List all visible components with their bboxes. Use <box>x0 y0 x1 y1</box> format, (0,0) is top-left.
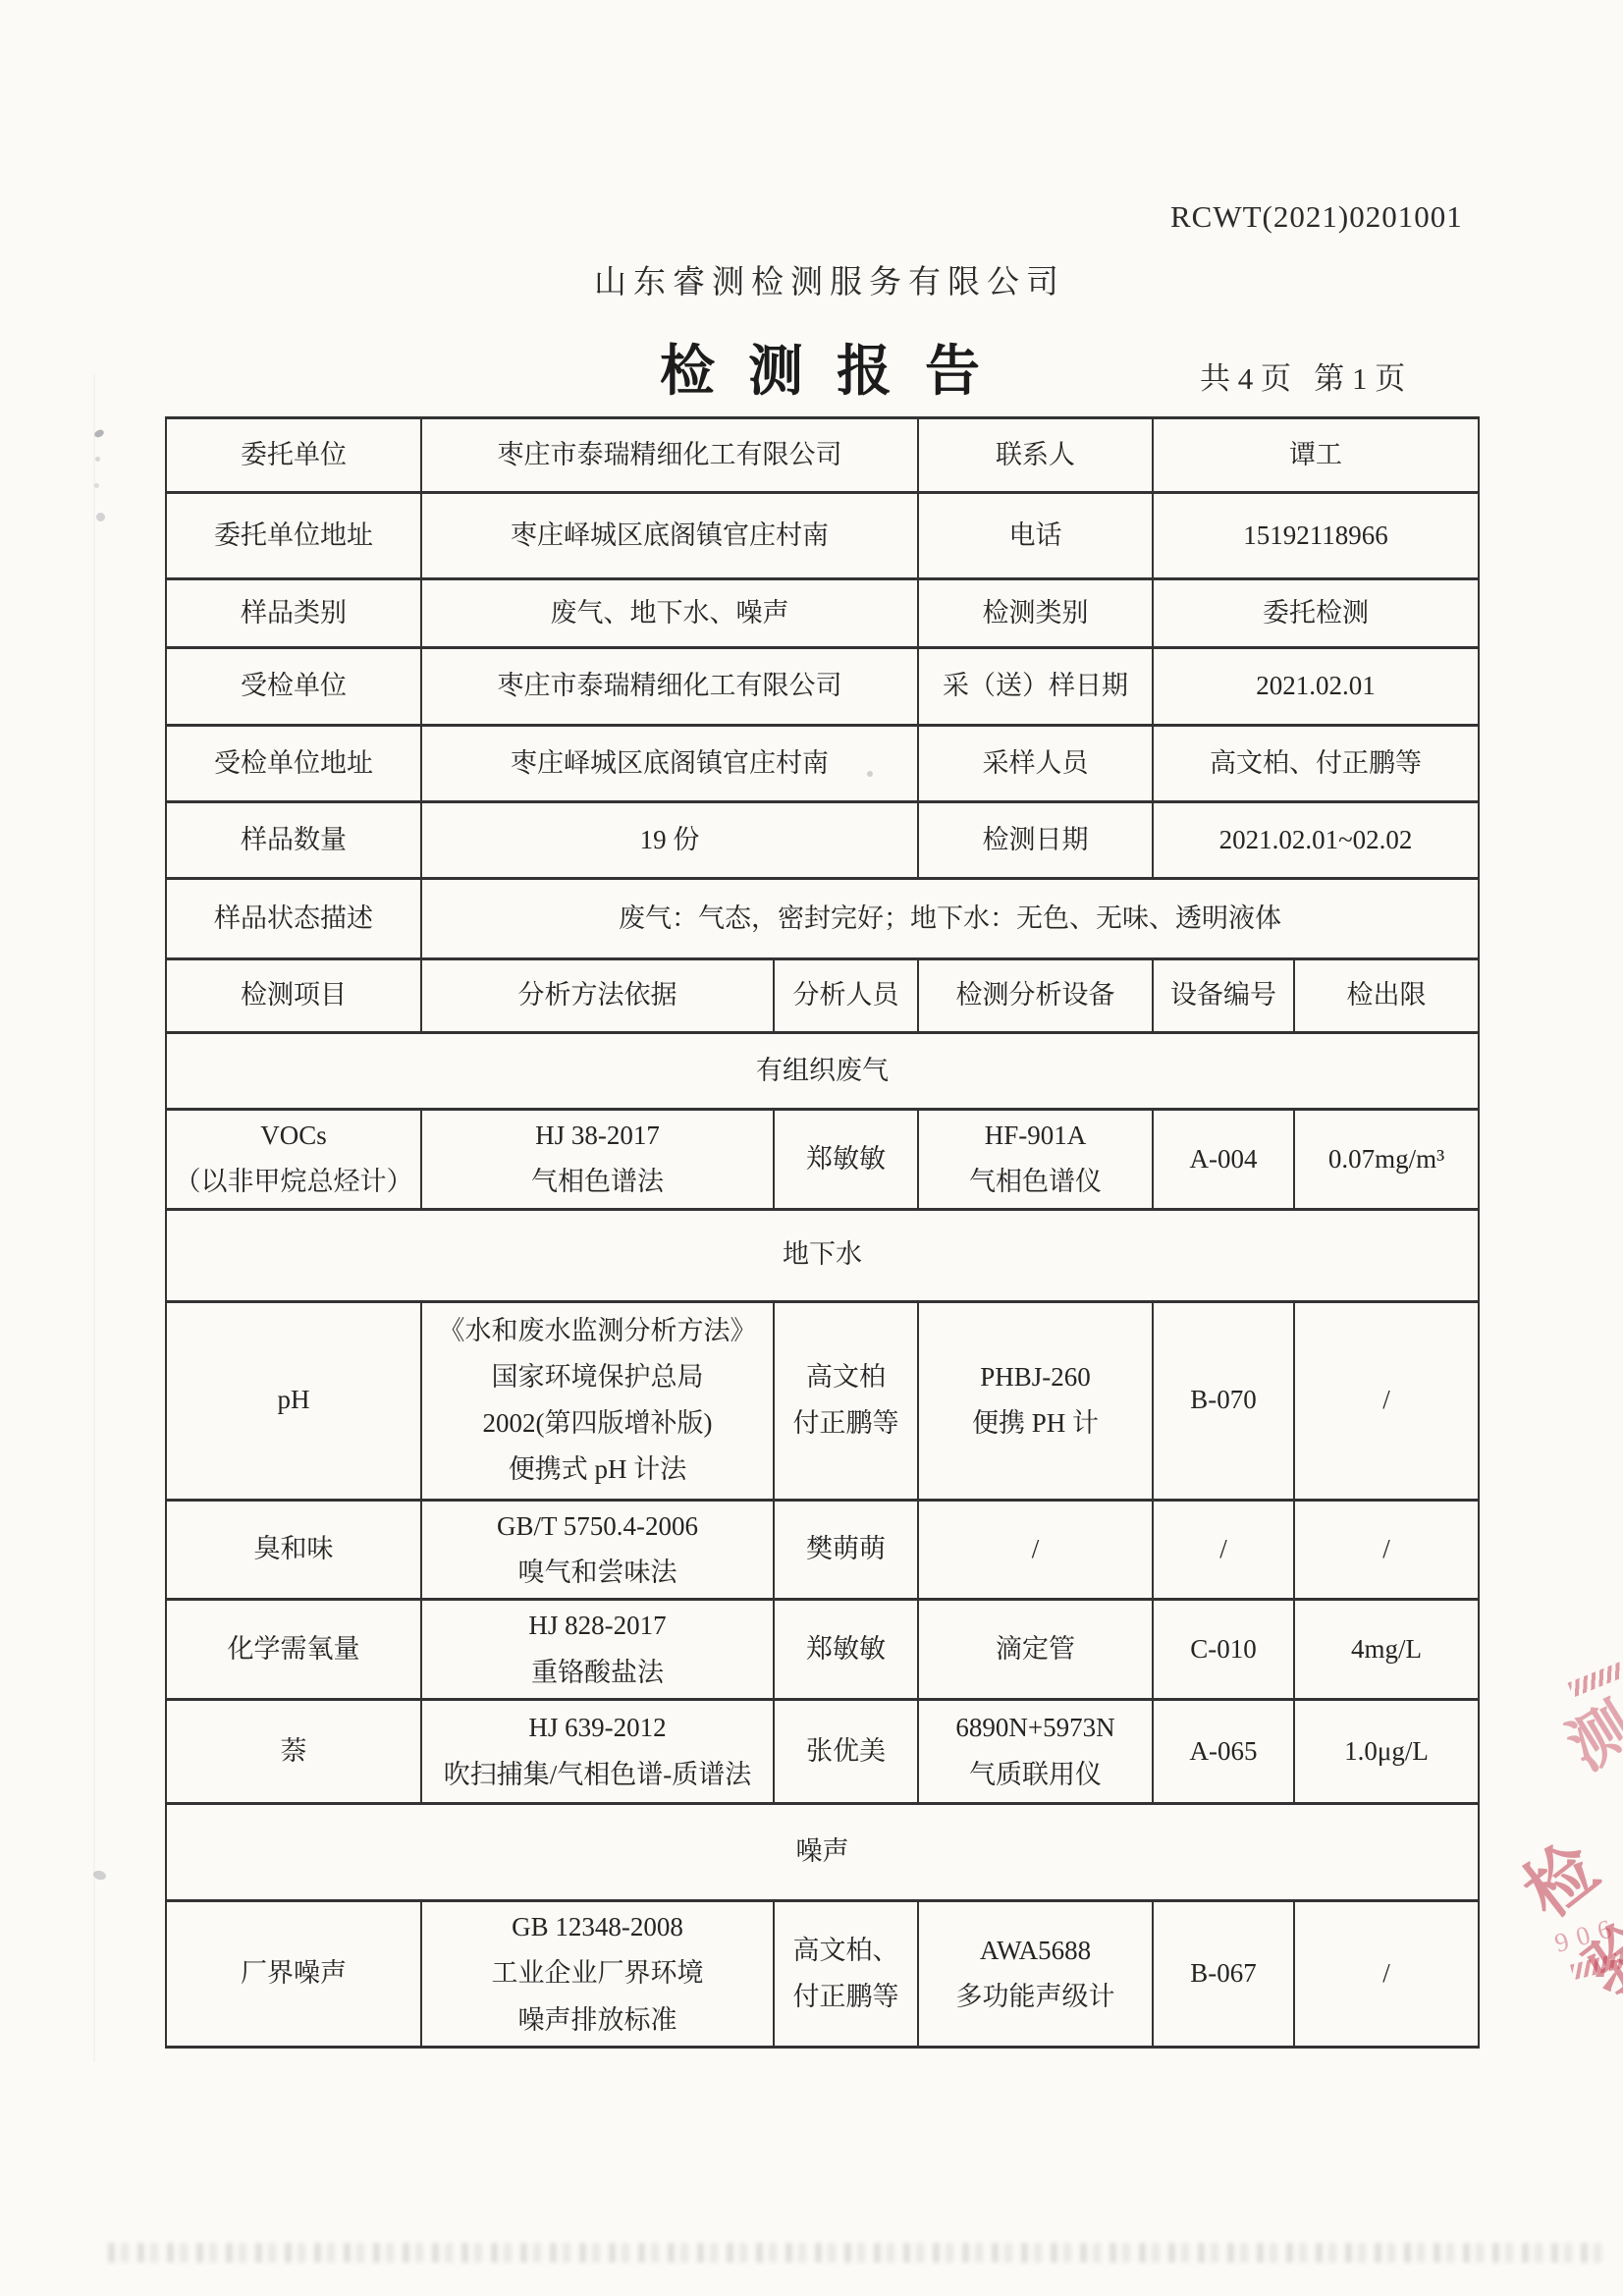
item-name: pH <box>166 1301 421 1500</box>
item-name: 化学需氧量 <box>166 1600 421 1700</box>
field-value: 2021.02.01~02.02 <box>1153 802 1479 879</box>
scan-fold-line <box>93 373 95 2062</box>
analyst: 高文柏 付正鹏等 <box>774 1301 918 1500</box>
analyst: 高文柏、 付正鹏等 <box>774 1901 918 2048</box>
section-row: 有组织废气 <box>166 1033 1479 1110</box>
section-title: 有组织废气 <box>166 1033 1479 1110</box>
table-row: 委托单位地址 枣庄峄城区底阁镇官庄村南 电话 15192118966 <box>166 493 1479 579</box>
column-header: 分析方法依据 <box>421 959 774 1033</box>
scanned-report-page: RCWT(2021)0201001 山东睿测检测服务有限公司 检测报告 共 4 … <box>0 0 1623 2296</box>
table-row: 受检单位 枣庄市泰瑞精细化工有限公司 采（送）样日期 2021.02.01 <box>166 648 1479 726</box>
field-value: 废气：气态，密封完好；地下水：无色、无味、透明液体 <box>421 879 1479 959</box>
field-label: 样品数量 <box>166 802 421 879</box>
device-number: C-010 <box>1153 1600 1294 1700</box>
field-label: 联系人 <box>918 418 1153 493</box>
table-row: 样品类别 废气、地下水、噪声 检测类别 委托检测 <box>166 579 1479 648</box>
report-number: RCWT(2021)0201001 <box>1170 199 1463 235</box>
detection-limit: 0.07mg/m³ <box>1294 1110 1479 1210</box>
field-label: 样品类别 <box>166 579 421 648</box>
method: GB 12348-2008 工业企业厂界环境 噪声排放标准 <box>421 1901 774 2048</box>
table-row: 萘 HJ 639-2012 吹扫捕集/气相色谱-质谱法 张优美 6890N+59… <box>166 1700 1479 1804</box>
scan-speck <box>96 513 105 521</box>
field-value: 高文柏、付正鹏等 <box>1153 726 1479 802</box>
device-number: / <box>1153 1500 1294 1600</box>
equipment: 滴定管 <box>918 1600 1153 1700</box>
field-value: 枣庄峄城区底阁镇官庄村南 <box>421 726 918 802</box>
field-label: 委托单位地址 <box>166 493 421 579</box>
table-row: 臭和味 GB/T 5750.4-2006 嗅气和尝味法 樊萌萌 / / / <box>166 1500 1479 1600</box>
column-header: 分析人员 <box>774 959 918 1033</box>
item-name: VOCs （以非甲烷总烃计） <box>166 1110 421 1210</box>
method: HJ 639-2012 吹扫捕集/气相色谱-质谱法 <box>421 1700 774 1804</box>
field-value: 枣庄市泰瑞精细化工有限公司 <box>421 648 918 726</box>
section-row: 噪声 <box>166 1804 1479 1901</box>
analyst: 张优美 <box>774 1700 918 1804</box>
table-row: 样品数量 19 份 检测日期 2021.02.01~02.02 <box>166 802 1479 879</box>
stamp-character-fragment: 测 <box>1547 1677 1623 1787</box>
column-header: 检测项目 <box>166 959 421 1033</box>
field-label: 受检单位地址 <box>166 726 421 802</box>
scan-speck <box>94 483 99 488</box>
column-header: 检测分析设备 <box>918 959 1153 1033</box>
section-title: 地下水 <box>166 1209 1479 1301</box>
detection-limit: / <box>1294 1901 1479 2048</box>
page-count: 共 4 页 第 1 页 <box>1200 354 1405 398</box>
field-value: 枣庄峄城区底阁镇官庄村南 <box>421 493 918 579</box>
table-row: 委托单位 枣庄市泰瑞精细化工有限公司 联系人 谭工 <box>166 418 1479 493</box>
scan-speck <box>867 771 873 777</box>
item-name: 厂界噪声 <box>166 1901 421 2048</box>
equipment: HF-901A 气相色谱仪 <box>918 1110 1153 1210</box>
table-row: 厂界噪声 GB 12348-2008 工业企业厂界环境 噪声排放标准 高文柏、 … <box>166 1901 1479 2048</box>
document-title: 检测报告 <box>660 328 1013 407</box>
company-name: 山东睿测检测服务有限公司 <box>0 256 1623 302</box>
field-label: 检测类别 <box>918 579 1153 648</box>
field-value: 枣庄市泰瑞精细化工有限公司 <box>421 418 918 493</box>
table-row: VOCs （以非甲烷总烃计） HJ 38-2017 气相色谱法 郑敏敏 HF-9… <box>166 1110 1479 1210</box>
table-row: 样品状态描述 废气：气态，密封完好；地下水：无色、无味、透明液体 <box>166 879 1479 959</box>
item-name: 萘 <box>166 1700 421 1804</box>
method: HJ 38-2017 气相色谱法 <box>421 1110 774 1210</box>
method: HJ 828-2017 重铬酸盐法 <box>421 1600 774 1700</box>
field-label: 受检单位 <box>166 648 421 726</box>
table-row: 化学需氧量 HJ 828-2017 重铬酸盐法 郑敏敏 滴定管 C-010 4m… <box>166 1600 1479 1700</box>
column-header: 设备编号 <box>1153 959 1294 1033</box>
scan-smudge <box>108 2243 1610 2263</box>
field-label: 委托单位 <box>166 418 421 493</box>
analyst: 樊萌萌 <box>774 1500 918 1600</box>
field-value: 废气、地下水、噪声 <box>421 579 918 648</box>
analyst: 郑敏敏 <box>774 1110 918 1210</box>
scan-speck <box>95 457 100 462</box>
detection-limit: 1.0μg/L <box>1294 1700 1479 1804</box>
field-value: 19 份 <box>421 802 918 879</box>
field-label: 电话 <box>918 493 1153 579</box>
table-header-row: 检测项目 分析方法依据 分析人员 检测分析设备 设备编号 检出限 <box>166 959 1479 1033</box>
field-label: 样品状态描述 <box>166 879 421 959</box>
table-row: pH 《水和废水监测分析方法》 国家环境保护总局 2002(第四版增补版) 便携… <box>166 1301 1479 1500</box>
analyst: 郑敏敏 <box>774 1600 918 1700</box>
device-number: A-004 <box>1153 1110 1294 1210</box>
detection-limit: / <box>1294 1500 1479 1600</box>
field-label: 采（送）样日期 <box>918 648 1153 726</box>
field-value: 委托检测 <box>1153 579 1479 648</box>
equipment: 6890N+5973N 气质联用仪 <box>918 1700 1153 1804</box>
equipment: PHBJ-260 便携 PH 计 <box>918 1301 1153 1500</box>
method: 《水和废水监测分析方法》 国家环境保护总局 2002(第四版增补版) 便携式 p… <box>421 1301 774 1500</box>
detection-limit: 4mg/L <box>1294 1600 1479 1700</box>
equipment: AWA5688 多功能声级计 <box>918 1901 1153 2048</box>
section-row: 地下水 <box>166 1209 1479 1301</box>
column-header: 检出限 <box>1294 959 1479 1033</box>
device-number: A-065 <box>1153 1700 1294 1804</box>
field-label: 采样人员 <box>918 726 1153 802</box>
field-value: 谭工 <box>1153 418 1479 493</box>
table-row: 受检单位地址 枣庄峄城区底阁镇官庄村南 采样人员 高文柏、付正鹏等 <box>166 726 1479 802</box>
section-title: 噪声 <box>166 1804 1479 1901</box>
field-label: 检测日期 <box>918 802 1153 879</box>
device-number: B-070 <box>1153 1301 1294 1500</box>
equipment: / <box>918 1500 1153 1600</box>
method: GB/T 5750.4-2006 嗅气和尝味法 <box>421 1500 774 1600</box>
device-number: B-067 <box>1153 1901 1294 2048</box>
item-name: 臭和味 <box>166 1500 421 1600</box>
field-value: 2021.02.01 <box>1153 648 1479 726</box>
field-value: 15192118966 <box>1153 493 1479 579</box>
detection-limit: / <box>1294 1301 1479 1500</box>
report-table: 委托单位 枣庄市泰瑞精细化工有限公司 联系人 谭工 委托单位地址 枣庄峄城区底阁… <box>165 416 1480 2049</box>
